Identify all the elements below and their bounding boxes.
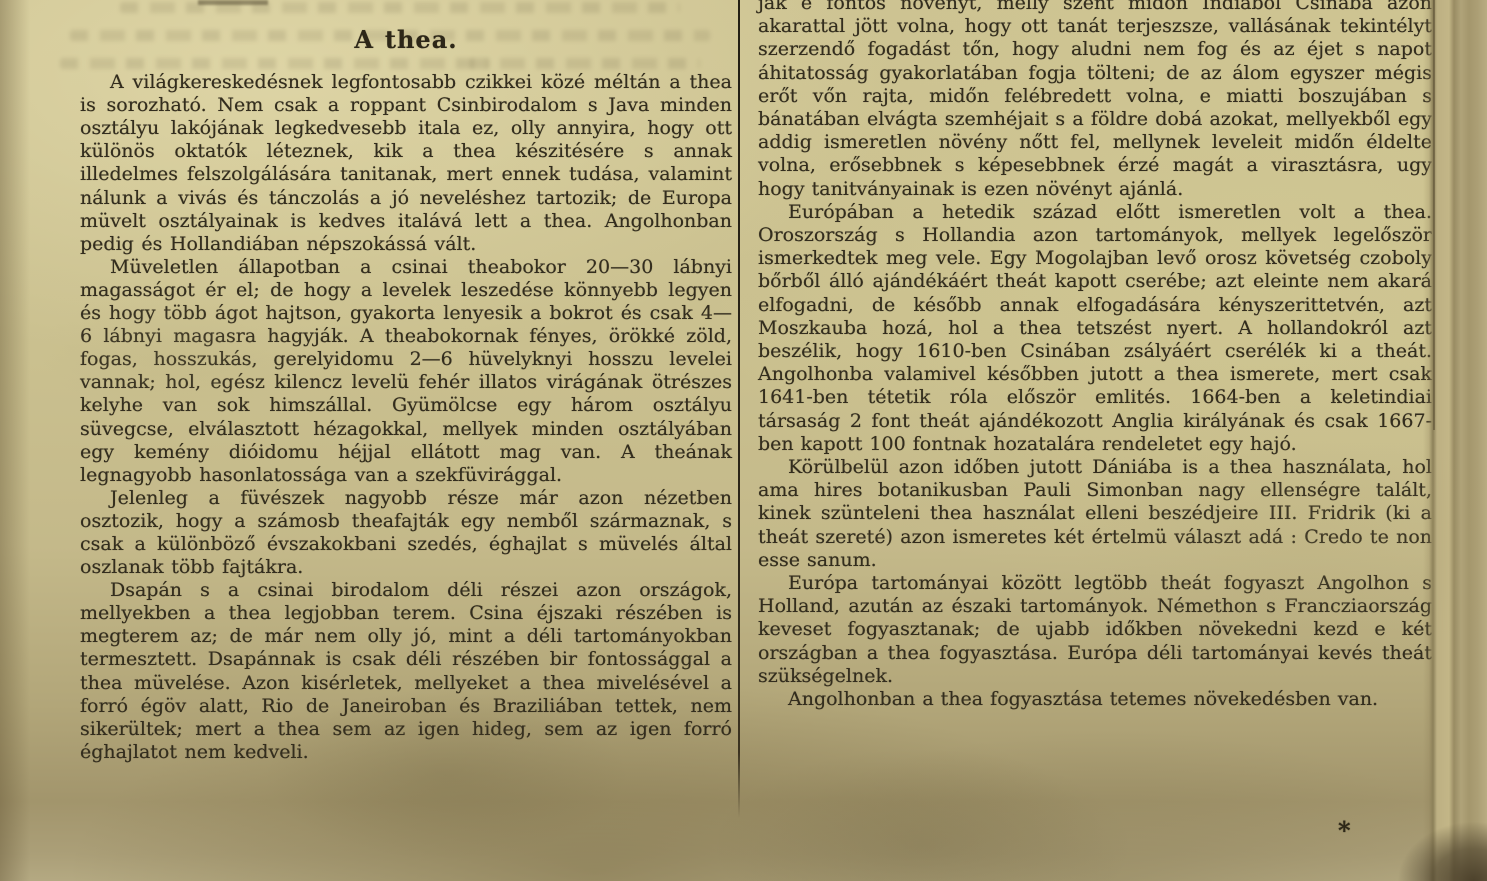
left-page-shadow — [0, 0, 30, 881]
paragraph: ják e fontos növényt, melly szent midőn … — [758, 0, 1432, 201]
page-scan: A thea. A világkereskedésnek legfontosab… — [0, 0, 1487, 881]
footnote-asterisk: * — [1338, 816, 1351, 845]
paragraph: Angolhonban a thea fogyasztása tetemes n… — [758, 688, 1432, 711]
paragraph: A világkereskedésnek legfontosabb czikke… — [80, 71, 732, 256]
page-edge-crease — [1433, 0, 1435, 430]
paragraph: Európában a hetedik század előtt ismeret… — [758, 201, 1432, 456]
left-column: A thea. A világkereskedésnek legfontosab… — [80, 28, 732, 764]
paragraph: Dsapán s a csinai birodalom déli részei … — [80, 579, 732, 764]
paragraph: Európa tartományai között legtöbb theát … — [758, 572, 1432, 688]
corner-shadow-blot — [1397, 821, 1487, 881]
scanned-book-page: { "article": { "title": "A thea.", "left… — [0, 0, 1487, 881]
column-divider-rule — [738, 0, 740, 818]
clipped-print-fragment — [198, 0, 268, 5]
paragraph: Müveletlen állapotban a csinai theabokor… — [80, 256, 732, 487]
right-column: ják e fontos növényt, melly szent midőn … — [758, 0, 1432, 711]
paragraph: Körülbelül azon időben jutott Dániába is… — [758, 456, 1432, 572]
paragraph: Jelenleg a füvészek nagyobb része már az… — [80, 487, 732, 579]
article-title: A thea. — [80, 28, 732, 51]
